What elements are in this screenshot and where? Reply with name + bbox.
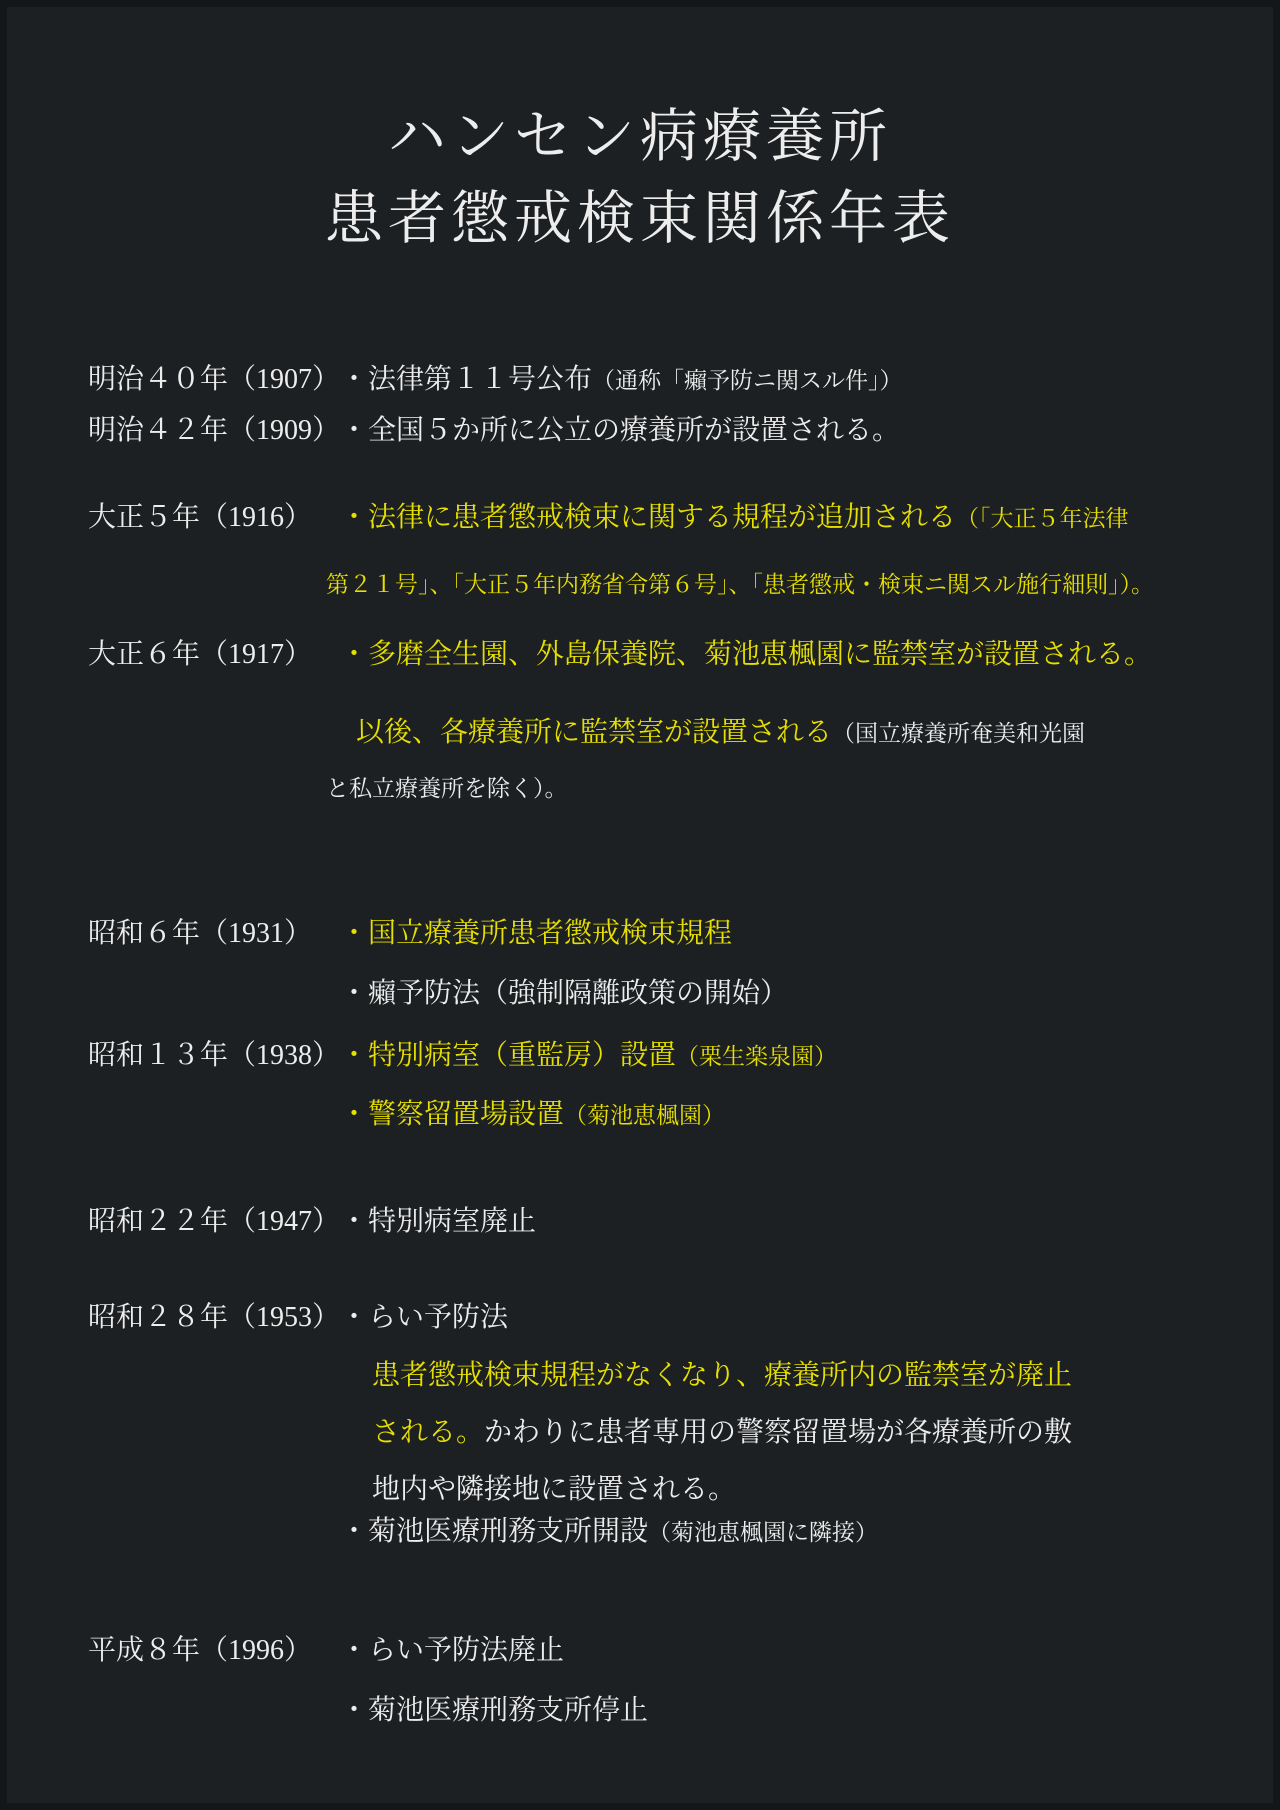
entry-year: 平成８年（1996）: [88, 1631, 340, 1671]
text-segment: される。: [372, 1417, 484, 1448]
text-segment: 第２１号」、「大正５年内務省令第６号」、「患者懲戒・検束ニ関スル施行細則」）。: [326, 572, 1154, 597]
entry-year: 明治４０年（1907）: [88, 360, 340, 400]
entry-year: 昭和６年（1931）: [88, 914, 340, 954]
entry-content: ・法律第１１号公布（通称「癩予防ニ関スル件」）: [340, 360, 1240, 401]
timeline-line: ・国立療養所患者懲戒検束規程: [340, 914, 1240, 954]
timeline-line: ・多磨全生園、外島保養院、菊池恵楓園に監禁室が設置される。: [340, 635, 1240, 675]
entry-year: 大正５年（1916）: [88, 498, 340, 538]
timeline-line: 地内や隣接地に設置される。: [372, 1470, 1240, 1510]
timeline-line: ・菊池医療刑務支所開設（菊池恵楓園に隣接）: [340, 1512, 1240, 1553]
text-segment: ・国立療養所患者懲戒検束規程: [340, 918, 732, 949]
timeline-line: ・癩予防法（強制隔離政策の開始）: [340, 974, 1240, 1014]
text-segment: ・らい予防法廃止: [340, 1635, 564, 1666]
timeline-entry: 明治４２年（1909） ・全国５か所に公立の療養所が設置される。: [88, 411, 1240, 451]
page-title-line2: 患者懲戒検束関係年表: [0, 178, 1280, 260]
timeline-line: される。かわりに患者専用の警察留置場が各療養所の敷: [372, 1413, 1240, 1453]
timeline-line: ・警察留置場設置（菊池恵楓園）: [340, 1095, 1240, 1136]
timeline-line: ・らい予防法: [340, 1298, 1240, 1338]
timeline: 明治４０年（1907） ・法律第１１号公布（通称「癩予防ニ関スル件」） 明治４２…: [0, 360, 1280, 1731]
text-segment: と私立療養所を除く）。: [326, 776, 568, 801]
text-segment: ・法律に患者懲戒検束に関する規程が追加される: [340, 502, 956, 533]
entry-year: 明治４２年（1909）: [88, 411, 340, 451]
timeline-entry: 昭和１３年（1938） ・特別病室（重監房）設置（栗生楽泉園） ・警察留置場設置…: [88, 1036, 1240, 1136]
text-segment: （国立療養所奄美和光園: [832, 721, 1085, 746]
entry-content: ・法律に患者懲戒検束に関する規程が追加される（「大正５年法律 第２１号」、「大正…: [340, 498, 1240, 602]
entry-content: ・特別病室廃止: [340, 1202, 1240, 1242]
timeline-line: 以後、各療養所に監禁室が設置される（国立療養所奄美和光園: [356, 713, 1240, 754]
text-segment: （菊池恵楓園）: [564, 1103, 725, 1128]
entry-year: 昭和１３年（1938）: [88, 1036, 340, 1076]
timeline-entry: 大正５年（1916） ・法律に患者懲戒検束に関する規程が追加される（「大正５年法…: [88, 498, 1240, 602]
entry-year: 昭和２８年（1953）: [88, 1298, 340, 1338]
entry-year: 昭和２２年（1947）: [88, 1202, 340, 1242]
timeline-entry: 大正６年（1917） ・多磨全生園、外島保養院、菊池恵楓園に監禁室が設置される。…: [88, 635, 1240, 806]
timeline-line: ・全国５か所に公立の療養所が設置される。: [340, 411, 1240, 451]
text-segment: （「大正５年法律: [956, 506, 1129, 531]
entry-content: ・国立療養所患者懲戒検束規程 ・癩予防法（強制隔離政策の開始）: [340, 914, 1240, 1014]
text-segment: ・癩予防法（強制隔離政策の開始）: [340, 978, 788, 1009]
timeline-entry: 明治４０年（1907） ・法律第１１号公布（通称「癩予防ニ関スル件」）: [88, 360, 1240, 401]
entry-year: 大正６年（1917）: [88, 635, 340, 675]
timeline-entry: 昭和２２年（1947） ・特別病室廃止: [88, 1202, 1240, 1242]
timeline-entry: 昭和２８年（1953） ・らい予防法 患者懲戒検束規程がなくなり、療養所内の監禁…: [88, 1298, 1240, 1553]
text-segment: ・全国５か所に公立の療養所が設置される。: [340, 415, 900, 446]
timeline-line: ・菊池医療刑務支所停止: [340, 1691, 1240, 1731]
timeline-line: 患者懲戒検束規程がなくなり、療養所内の監禁室が廃止: [372, 1356, 1240, 1396]
timeline-entry: 昭和６年（1931） ・国立療養所患者懲戒検束規程 ・癩予防法（強制隔離政策の開…: [88, 914, 1240, 1014]
timeline-line: ・らい予防法廃止: [340, 1631, 1240, 1671]
text-segment: （栗生楽泉園）: [676, 1044, 837, 1069]
entry-content: ・らい予防法廃止 ・菊池医療刑務支所停止: [340, 1631, 1240, 1731]
entry-content: ・全国５か所に公立の療養所が設置される。: [340, 411, 1240, 451]
text-segment: ・多磨全生園、外島保養院、菊池恵楓園に監禁室が設置される。: [340, 639, 1152, 670]
timeline-entry: 平成８年（1996） ・らい予防法廃止 ・菊池医療刑務支所停止: [88, 1631, 1240, 1731]
timeline-line: と私立療養所を除く）。: [326, 772, 1240, 806]
text-segment: ・らい予防法: [340, 1302, 508, 1333]
text-segment: 患者懲戒検束規程がなくなり、療養所内の監禁室が廃止: [372, 1360, 1072, 1391]
text-segment: ・警察留置場設置: [340, 1099, 564, 1130]
timeline-line: ・特別病室（重監房）設置（栗生楽泉園）: [340, 1036, 1240, 1077]
timeline-line: ・法律に患者懲戒検束に関する規程が追加される（「大正５年法律: [340, 498, 1240, 539]
timeline-line: ・特別病室廃止: [340, 1202, 1240, 1242]
text-segment: （菊池恵楓園に隣接）: [648, 1520, 878, 1545]
text-segment: かわりに患者専用の警察留置場が各療養所の敷: [484, 1417, 1072, 1448]
text-segment: ・菊池医療刑務支所開設: [340, 1516, 648, 1547]
text-segment: ・法律第１１号公布: [340, 364, 592, 395]
poster-page: ハンセン病療養所 患者懲戒検束関係年表 明治４０年（1907） ・法律第１１号公…: [0, 0, 1280, 1810]
text-segment: （通称「癩予防ニ関スル件」）: [592, 368, 903, 393]
text-segment: 以後、各療養所に監禁室が設置される: [356, 717, 832, 748]
timeline-line: 第２１号」、「大正５年内務省令第６号」、「患者懲戒・検束ニ関スル施行細則」）。: [326, 568, 1240, 602]
text-segment: ・菊池医療刑務支所停止: [340, 1695, 648, 1726]
entry-content: ・らい予防法 患者懲戒検束規程がなくなり、療養所内の監禁室が廃止 される。かわり…: [340, 1298, 1240, 1553]
page-title: ハンセン病療養所 患者懲戒検束関係年表: [0, 0, 1280, 260]
text-segment: ・特別病室廃止: [340, 1206, 536, 1237]
text-segment: ・特別病室（重監房）設置: [340, 1040, 676, 1071]
entry-content: ・多磨全生園、外島保養院、菊池恵楓園に監禁室が設置される。 以後、各療養所に監禁…: [340, 635, 1240, 806]
entry-content: ・特別病室（重監房）設置（栗生楽泉園） ・警察留置場設置（菊池恵楓園）: [340, 1036, 1240, 1136]
page-title-line1: ハンセン病療養所: [0, 96, 1280, 178]
text-segment: 地内や隣接地に設置される。: [372, 1474, 736, 1505]
timeline-line: ・法律第１１号公布（通称「癩予防ニ関スル件」）: [340, 360, 1240, 401]
